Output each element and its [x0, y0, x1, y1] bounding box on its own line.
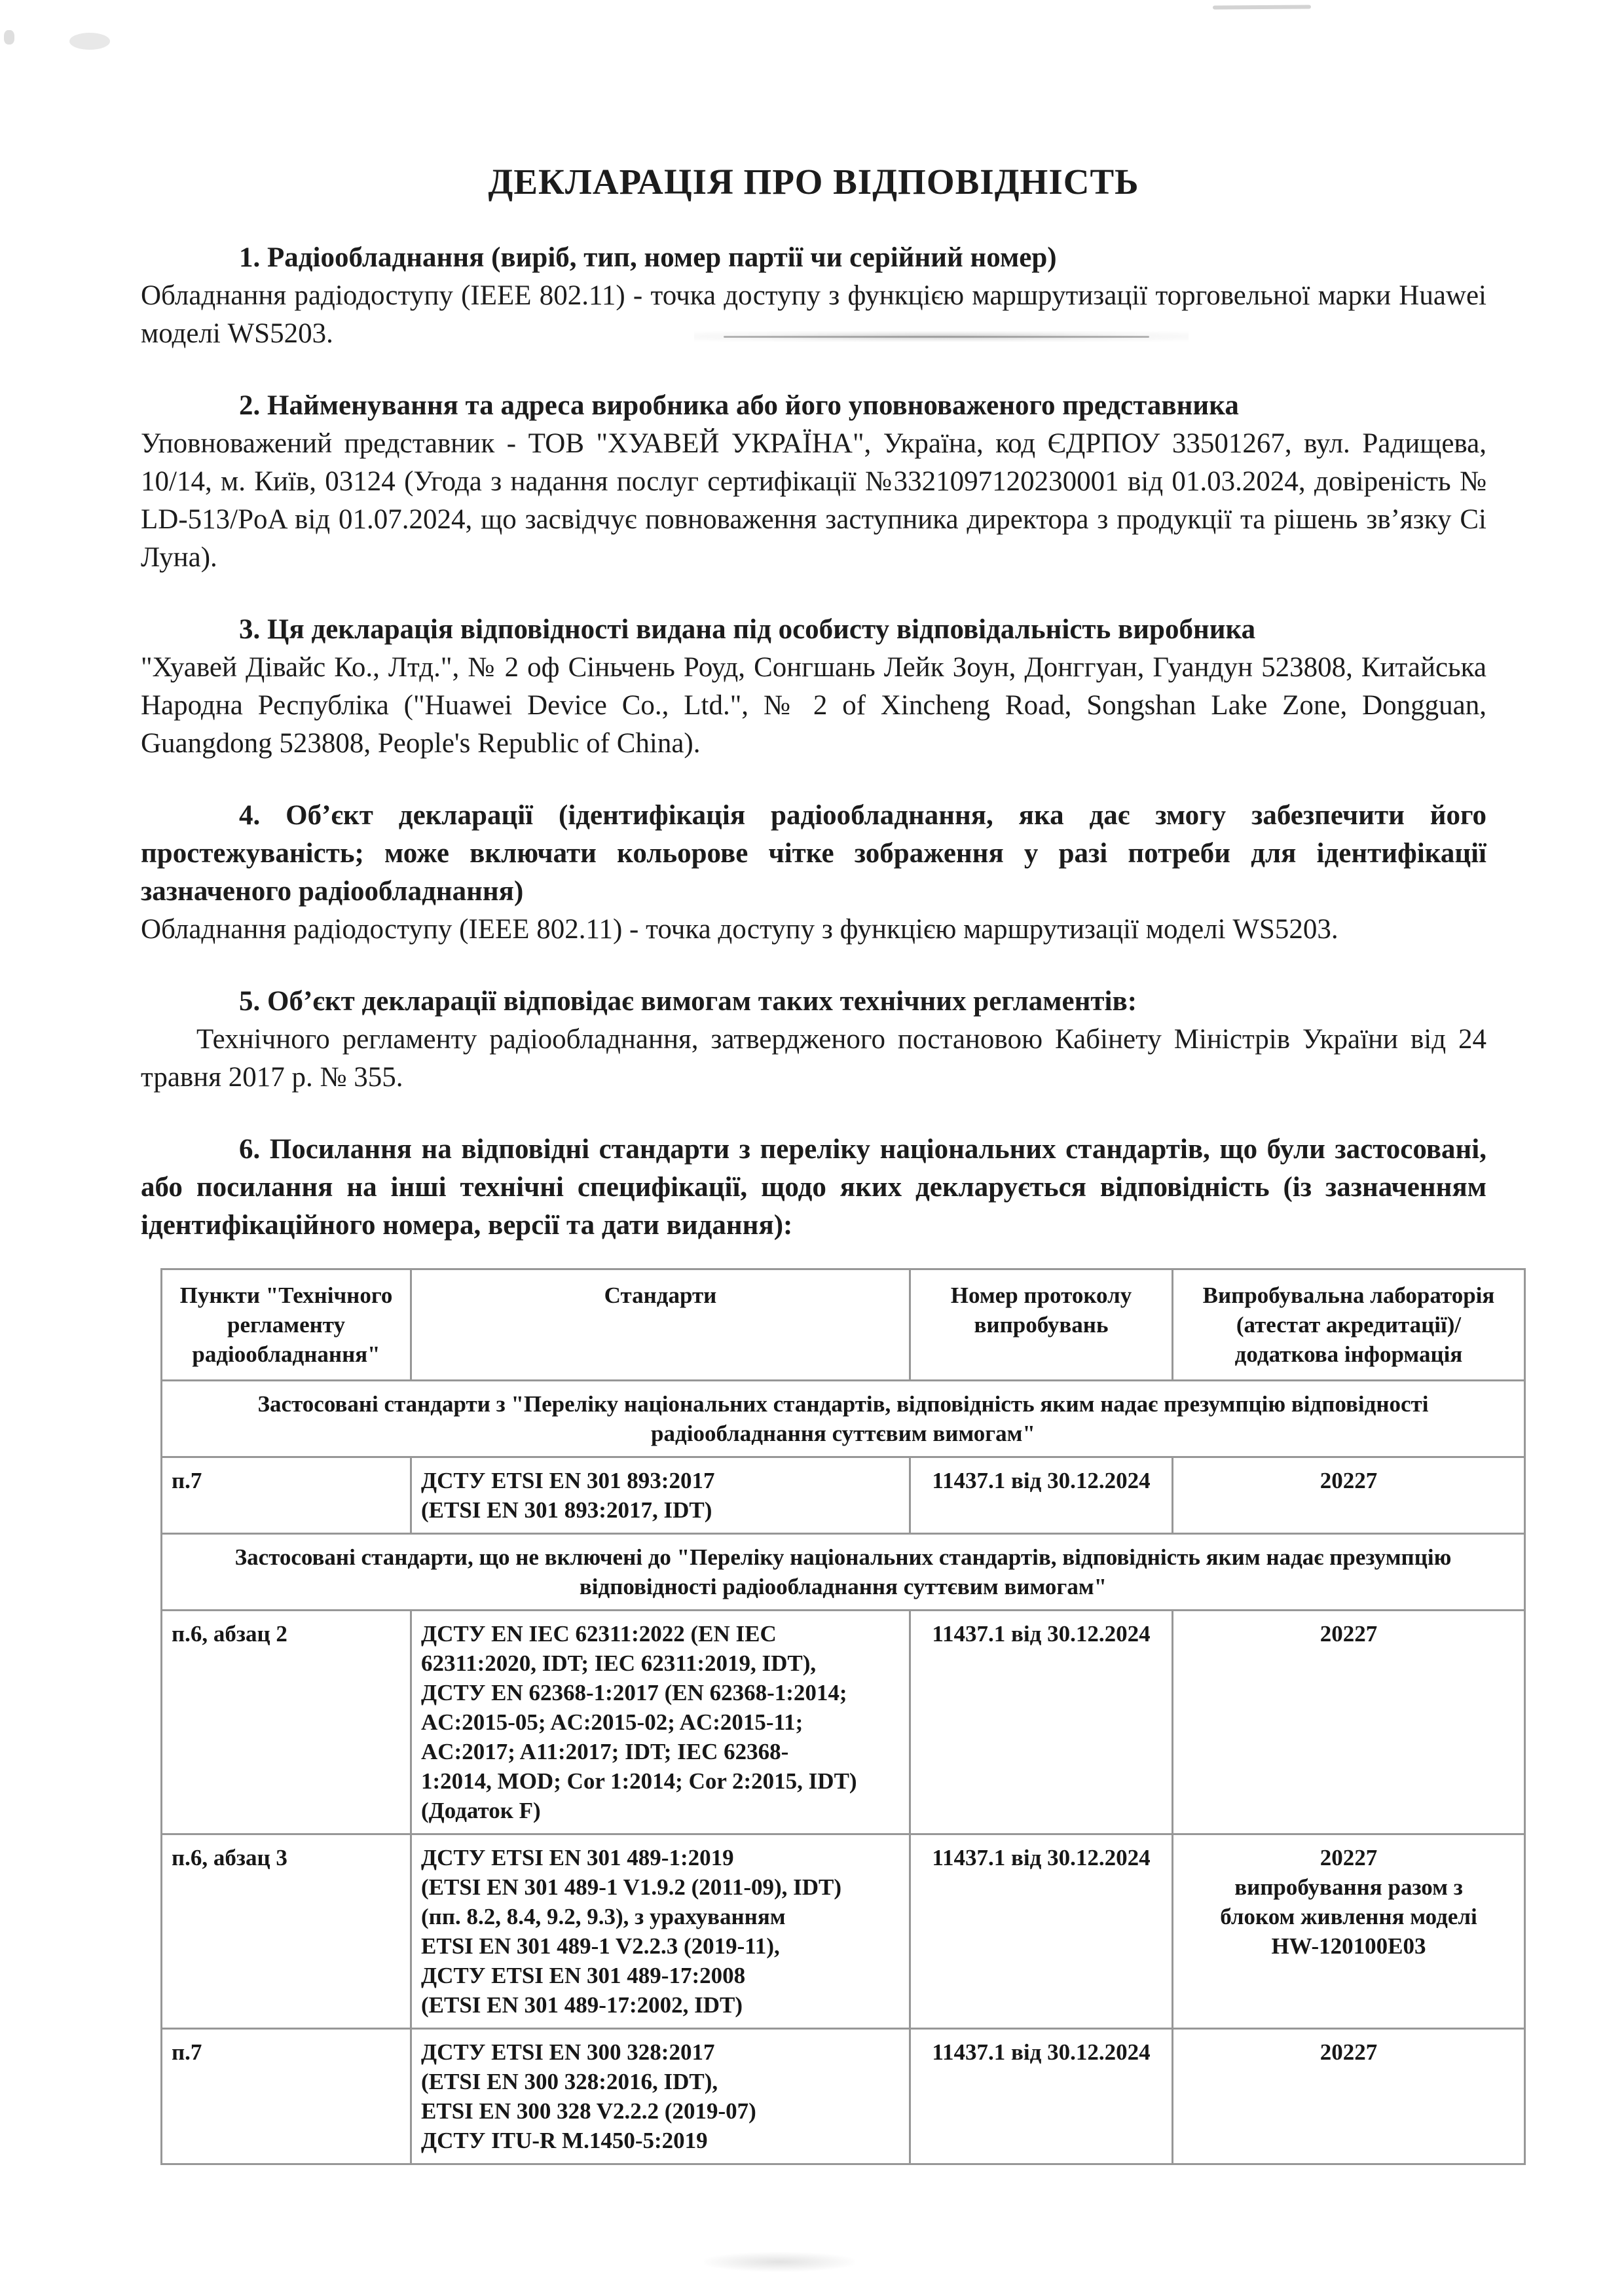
section-6: 6. Посилання на відповідні стандарти з п… [141, 1131, 1486, 1245]
header-standards: Стандарти [411, 1269, 910, 1381]
section-3-body: "Хуавей Дівайс Ко., Лтд.", № 2 оф Сіньче… [141, 649, 1486, 763]
standards-cell: ДСТУ ETSI EN 300 328:2017 (ETSI EN 300 3… [411, 2029, 910, 2164]
clause-cell: п.7 [162, 2029, 411, 2164]
standards-cell: ДСТУ ETSI EN 301 893:2017 (ETSI EN 301 8… [411, 1457, 910, 1534]
header-protocol: Номер протоколу випробувань [910, 1269, 1173, 1381]
scan-artifact-top-dash [1213, 5, 1311, 9]
standards-table: Пункти "Технічного регламенту радіооблад… [160, 1268, 1526, 2165]
scan-artifact-bottom-smudge [704, 2252, 855, 2272]
section-6-heading: 6. Посилання на відповідні стандарти з п… [141, 1131, 1486, 1245]
clause-cell: п.6, абзац 3 [162, 1834, 411, 2029]
table-row: п.6, абзац 2 ДСТУ EN IEC 62311:2022 (EN … [162, 1611, 1525, 1834]
table-row: п.6, абзац 3 ДСТУ ETSI EN 301 489-1:2019… [162, 1834, 1525, 2029]
section-3-heading: 3. Ця декларація відповідності видана пі… [141, 611, 1486, 649]
band-included-standards: Застосовані стандарти з "Переліку націон… [162, 1381, 1525, 1457]
standards-cell: ДСТУ EN IEC 62311:2022 (EN IEC 62311:202… [411, 1611, 910, 1834]
scan-artifact-speck [4, 30, 14, 45]
clause-cell: п.7 [162, 1457, 411, 1534]
section-5-heading: 5. Об’єкт декларації відповідає вимогам … [141, 983, 1486, 1021]
protocol-cell: 11437.1 від 30.12.2024 [910, 1457, 1173, 1534]
section-3: 3. Ця декларація відповідності видана пі… [141, 611, 1486, 763]
document-content: ДЕКЛАРАЦІЯ ПРО ВІДПОВІДНІСТЬ 1. Радіообл… [0, 159, 1624, 2165]
lab-cell: 20227 [1173, 1457, 1525, 1534]
section-4-body: Обладнання радіодоступу (IEEE 802.11) - … [141, 911, 1486, 949]
section-4: 4. Об’єкт декларації (ідентифікація раді… [141, 797, 1486, 949]
scan-artifact-speck [69, 33, 110, 50]
scanned-declaration-page: ДЕКЛАРАЦІЯ ПРО ВІДПОВІДНІСТЬ 1. Радіообл… [0, 0, 1624, 2296]
header-clause: Пункти "Технічного регламенту радіооблад… [162, 1269, 411, 1381]
section-5: 5. Об’єкт декларації відповідає вимогам … [141, 983, 1486, 1097]
section-1: 1. Радіообладнання (виріб, тип, номер па… [141, 239, 1486, 353]
header-lab: Випробувальна лабораторія (атестат акред… [1173, 1269, 1525, 1381]
table-row: п.7 ДСТУ ETSI EN 301 893:2017 (ETSI EN 3… [162, 1457, 1525, 1534]
section-1-body: Обладнання радіодоступу (IEEE 802.11) - … [141, 277, 1486, 353]
table-row: п.7 ДСТУ ETSI EN 300 328:2017 (ETSI EN 3… [162, 2029, 1525, 2164]
protocol-cell: 11437.1 від 30.12.2024 [910, 1834, 1173, 2029]
doc-title: ДЕКЛАРАЦІЯ ПРО ВІДПОВІДНІСТЬ [141, 159, 1486, 205]
clause-cell: п.6, абзац 2 [162, 1611, 411, 1834]
section-4-heading: 4. Об’єкт декларації (ідентифікація раді… [141, 797, 1486, 911]
section-2-heading: 2. Найменування та адреса виробника або … [141, 387, 1486, 425]
standards-cell: ДСТУ ETSI EN 301 489-1:2019 (ETSI EN 301… [411, 1834, 910, 2029]
section-2: 2. Найменування та адреса виробника або … [141, 387, 1486, 577]
section-5-body: Технічного регламенту радіообладнання, з… [141, 1021, 1486, 1097]
band-not-included-standards: Застосовані стандарти, що не включені до… [162, 1534, 1525, 1611]
table-band-row: Застосовані стандарти, що не включені до… [162, 1534, 1525, 1611]
lab-cell: 20227 [1173, 1611, 1525, 1834]
protocol-cell: 11437.1 від 30.12.2024 [910, 1611, 1173, 1834]
protocol-cell: 11437.1 від 30.12.2024 [910, 2029, 1173, 2164]
table-header-row: Пункти "Технічного регламенту радіооблад… [162, 1269, 1525, 1381]
section-2-body: Уповноважений представник - ТОВ "ХУАВЕЙ … [141, 425, 1486, 577]
lab-cell: 20227 [1173, 2029, 1525, 2164]
lab-cell: 20227 випробування разом з блоком живлен… [1173, 1834, 1525, 2029]
section-1-heading: 1. Радіообладнання (виріб, тип, номер па… [141, 239, 1486, 277]
table-band-row: Застосовані стандарти з "Переліку націон… [162, 1381, 1525, 1457]
